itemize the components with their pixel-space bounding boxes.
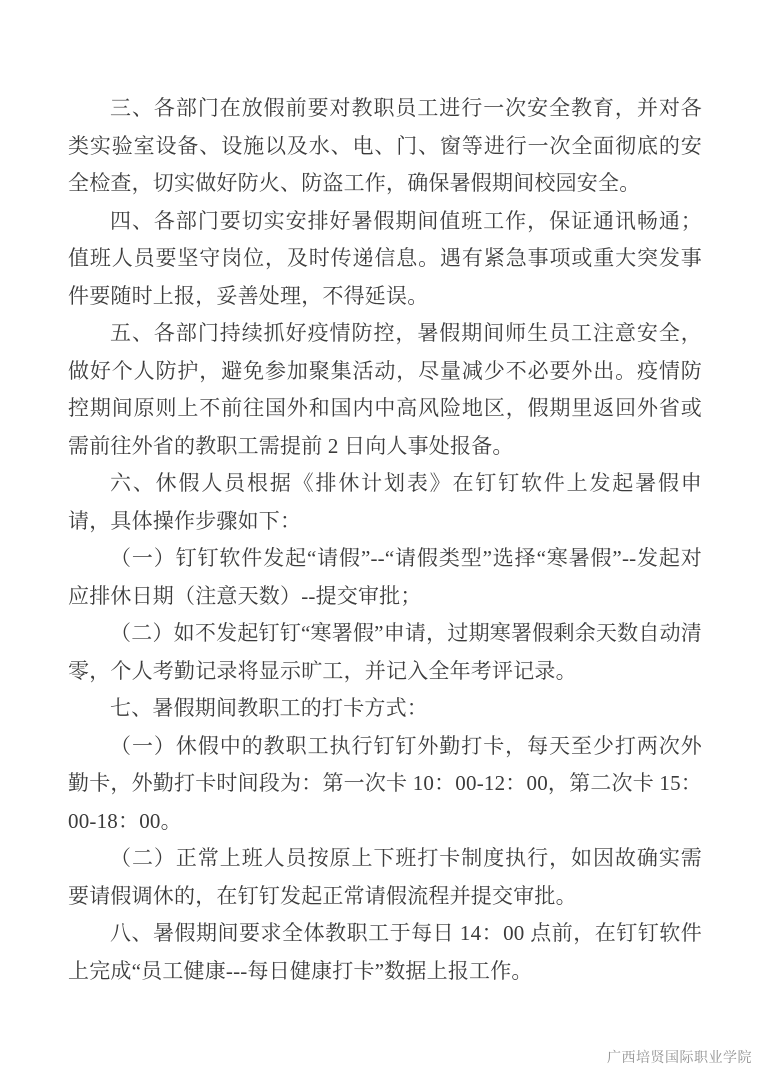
- paragraph: 八、暑假期间要求全体教职工于每日 14：00 点前，在钉钉软件上完成“员工健康-…: [68, 915, 702, 990]
- paragraph: 七、暑假期间教职工的打卡方式：: [68, 690, 702, 728]
- paragraph: （一）休假中的教职工执行钉钉外勤打卡，每天至少打两次外勤卡，外勤打卡时间段为：第…: [68, 728, 702, 841]
- document-page: 三、各部门在放假前要对教职员工进行一次安全教育，并对各类实验室设备、设施以及水、…: [0, 0, 764, 1080]
- paragraph: 三、各部门在放假前要对教职员工进行一次安全教育，并对各类实验室设备、设施以及水、…: [68, 90, 702, 203]
- document-body: 三、各部门在放假前要对教职员工进行一次安全教育，并对各类实验室设备、设施以及水、…: [68, 90, 702, 990]
- paragraph: （一）钉钉软件发起“请假”--“请假类型”选择“寒暑假”--发起对应排休日期（注…: [68, 540, 702, 615]
- watermark-school-name: 广西培贤国际职业学院: [607, 1047, 752, 1067]
- paragraph: 六、休假人员根据《排休计划表》在钉钉软件上发起暑假申请，具体操作步骤如下：: [68, 465, 702, 540]
- paragraph: （二）如不发起钉钉“寒署假”申请，过期寒署假剩余天数自动清零，个人考勤记录将显示…: [68, 615, 702, 690]
- paragraph: 四、各部门要切实安排好暑假期间值班工作，保证通讯畅通；值班人员要坚守岗位，及时传…: [68, 203, 702, 316]
- paragraph: 五、各部门持续抓好疫情防控，暑假期间师生员工注意安全，做好个人防护，避免参加聚集…: [68, 315, 702, 465]
- paragraph: （二）正常上班人员按原上下班打卡制度执行，如因故确实需要请假调休的，在钉钉发起正…: [68, 840, 702, 915]
